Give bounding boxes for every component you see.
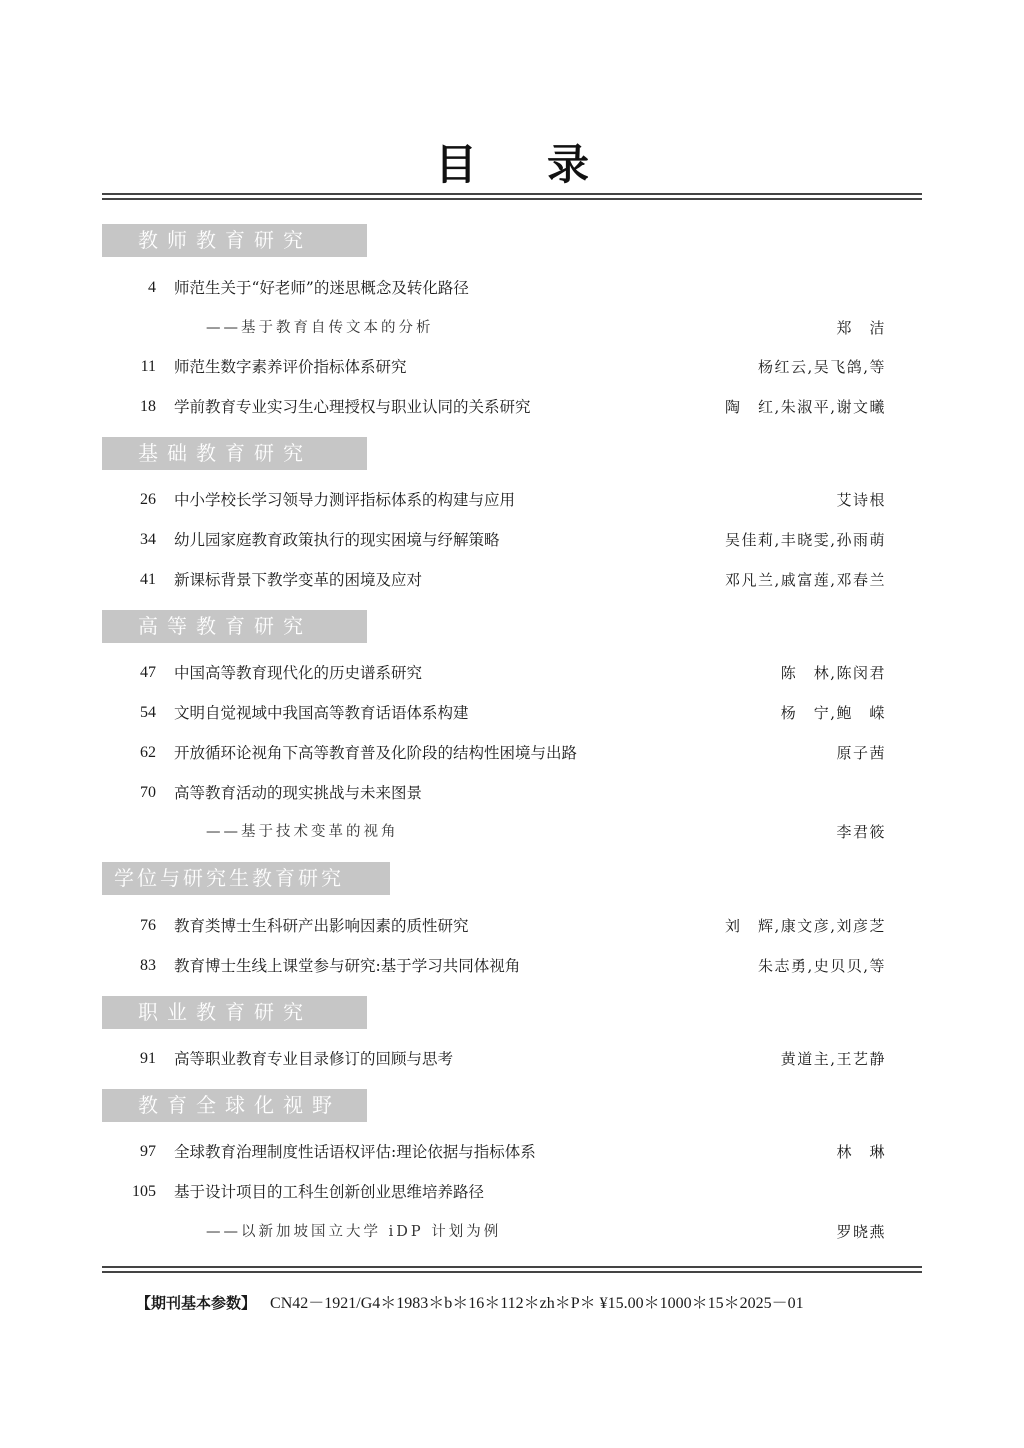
article-authors: 陈 林,陈闵君 <box>781 661 886 685</box>
section-heading-basic-education: 基础教育研究 <box>102 437 367 470</box>
section-heading-vocational-education: 职业教育研究 <box>102 996 367 1029</box>
page-number: 34 <box>102 528 156 552</box>
page-number: 47 <box>102 661 156 685</box>
article-authors: 罗晓燕 <box>836 1220 886 1244</box>
page-number: 97 <box>102 1140 156 1164</box>
article-authors: 郑 洁 <box>836 316 886 340</box>
article-title: 中国高等教育现代化的历史谱系研究 <box>174 661 422 685</box>
journal-parameters: 【期刊基本参数】CN42－1921/G4＊1983＊b＊16＊112＊zh＊P＊… <box>136 1291 888 1316</box>
toc-entry[interactable]: 105 基于设计项目的工科生创新创业思维培养路径 <box>102 1180 886 1204</box>
page-number: 62 <box>102 741 156 765</box>
article-authors: 杨红云,吴飞鸽,等 <box>758 355 886 379</box>
article-subtitle: ——以新加坡国立大学 iDP 计划为例 <box>206 1220 501 1244</box>
article-title: 高等职业教育专业目录修订的回顾与思考 <box>174 1047 453 1071</box>
page-number: 70 <box>102 781 156 805</box>
toc-entry[interactable]: 62 开放循环论视角下高等教育普及化阶段的结构性困境与出路 原子茜 <box>102 741 886 765</box>
toc-entry[interactable]: 54 文明自觉视域中我国高等教育话语体系构建 杨 宁,鲍 嵘 <box>102 701 886 725</box>
article-authors: 李君筱 <box>836 820 886 844</box>
page-number: 83 <box>102 954 156 978</box>
page-number: 4 <box>102 276 156 300</box>
toc-entry-subtitle[interactable]: ——以新加坡国立大学 iDP 计划为例 罗晓燕 <box>102 1220 886 1244</box>
section-heading-graduate-education: 学位与研究生教育研究 <box>102 862 390 895</box>
page-number: 105 <box>102 1180 156 1204</box>
toc-entry[interactable]: 26 中小学校长学习领导力测评指标体系的构建与应用 艾诗根 <box>102 488 886 512</box>
article-authors: 朱志勇,史贝贝,等 <box>758 954 886 978</box>
article-subtitle: ——基于教育自传文本的分析 <box>206 316 434 340</box>
journal-parameters-label: 【期刊基本参数】 <box>136 1294 256 1312</box>
page-number: 18 <box>102 395 156 419</box>
section-heading-teacher-education: 教师教育研究 <box>102 224 367 257</box>
title-double-rule <box>102 193 922 200</box>
article-authors: 刘 辉,康文彦,刘彦芝 <box>725 914 886 938</box>
article-authors: 黄道主,王艺静 <box>781 1047 886 1071</box>
article-title: 开放循环论视角下高等教育普及化阶段的结构性困境与出路 <box>174 741 577 765</box>
toc-entry[interactable]: 11 师范生数字素养评价指标体系研究 杨红云,吴飞鸽,等 <box>102 355 886 379</box>
article-title: 中小学校长学习领导力测评指标体系的构建与应用 <box>174 488 515 512</box>
article-title: 教育类博士生科研产出影响因素的质性研究 <box>174 914 469 938</box>
article-subtitle: ——基于技术变革的视角 <box>206 820 399 844</box>
toc-entry[interactable]: 76 教育类博士生科研产出影响因素的质性研究 刘 辉,康文彦,刘彦芝 <box>102 914 886 938</box>
toc-entry-subtitle[interactable]: ——基于教育自传文本的分析 郑 洁 <box>102 316 886 340</box>
article-authors: 吴佳莉,丰晓雯,孙雨萌 <box>725 528 886 552</box>
article-authors: 邓凡兰,戚富莲,邓春兰 <box>725 568 886 592</box>
toc-entry[interactable]: 41 新课标背景下教学变革的困境及应对 邓凡兰,戚富莲,邓春兰 <box>102 568 886 592</box>
article-authors: 陶 红,朱淑平,谢文曦 <box>725 395 886 419</box>
article-title: 师范生关于“好老师”的迷思概念及转化路径 <box>174 276 469 300</box>
article-title: 高等教育活动的现实挑战与未来图景 <box>174 781 422 805</box>
footer-double-rule <box>102 1266 922 1273</box>
toc-entry[interactable]: 83 教育博士生线上课堂参与研究:基于学习共同体视角 朱志勇,史贝贝,等 <box>102 954 886 978</box>
article-title: 全球教育治理制度性话语权评估:理论依据与指标体系 <box>174 1140 536 1164</box>
article-title: 新课标背景下教学变革的困境及应对 <box>174 568 422 592</box>
toc-entry[interactable]: 18 学前教育专业实习生心理授权与职业认同的关系研究 陶 红,朱淑平,谢文曦 <box>102 395 886 419</box>
page-number: 91 <box>102 1047 156 1071</box>
toc-entry[interactable]: 47 中国高等教育现代化的历史谱系研究 陈 林,陈闵君 <box>102 661 886 685</box>
page-number: 26 <box>102 488 156 512</box>
page-number: 41 <box>102 568 156 592</box>
page-number: 11 <box>102 355 156 379</box>
page-number: 54 <box>102 701 156 725</box>
article-title: 教育博士生线上课堂参与研究:基于学习共同体视角 <box>174 954 520 978</box>
article-authors: 艾诗根 <box>836 488 886 512</box>
journal-parameters-value: CN42－1921/G4＊1983＊b＊16＊112＊zh＊P＊ ¥15.00＊… <box>270 1295 804 1312</box>
article-title: 学前教育专业实习生心理授权与职业认同的关系研究 <box>174 395 531 419</box>
page-title: 目录 <box>0 132 1024 192</box>
article-title: 文明自觉视域中我国高等教育话语体系构建 <box>174 701 469 725</box>
toc-entry[interactable]: 4 师范生关于“好老师”的迷思概念及转化路径 <box>102 276 886 300</box>
article-title: 幼儿园家庭教育政策执行的现实困境与纾解策略 <box>174 528 500 552</box>
section-heading-global-education: 教育全球化视野 <box>102 1089 367 1122</box>
toc-entry[interactable]: 91 高等职业教育专业目录修订的回顾与思考 黄道主,王艺静 <box>102 1047 886 1071</box>
toc-entry[interactable]: 70 高等教育活动的现实挑战与未来图景 <box>102 781 886 805</box>
article-authors: 原子茜 <box>836 741 886 765</box>
article-authors: 林 琳 <box>836 1140 886 1164</box>
article-title: 基于设计项目的工科生创新创业思维培养路径 <box>174 1180 484 1204</box>
toc-entry[interactable]: 97 全球教育治理制度性话语权评估:理论依据与指标体系 林 琳 <box>102 1140 886 1164</box>
page-number: 76 <box>102 914 156 938</box>
article-authors: 杨 宁,鲍 嵘 <box>781 701 886 725</box>
toc-entry-subtitle[interactable]: ——基于技术变革的视角 李君筱 <box>102 820 886 844</box>
section-heading-higher-education: 高等教育研究 <box>102 610 367 643</box>
article-title: 师范生数字素养评价指标体系研究 <box>174 355 407 379</box>
toc-entry[interactable]: 34 幼儿园家庭教育政策执行的现实困境与纾解策略 吴佳莉,丰晓雯,孙雨萌 <box>102 528 886 552</box>
